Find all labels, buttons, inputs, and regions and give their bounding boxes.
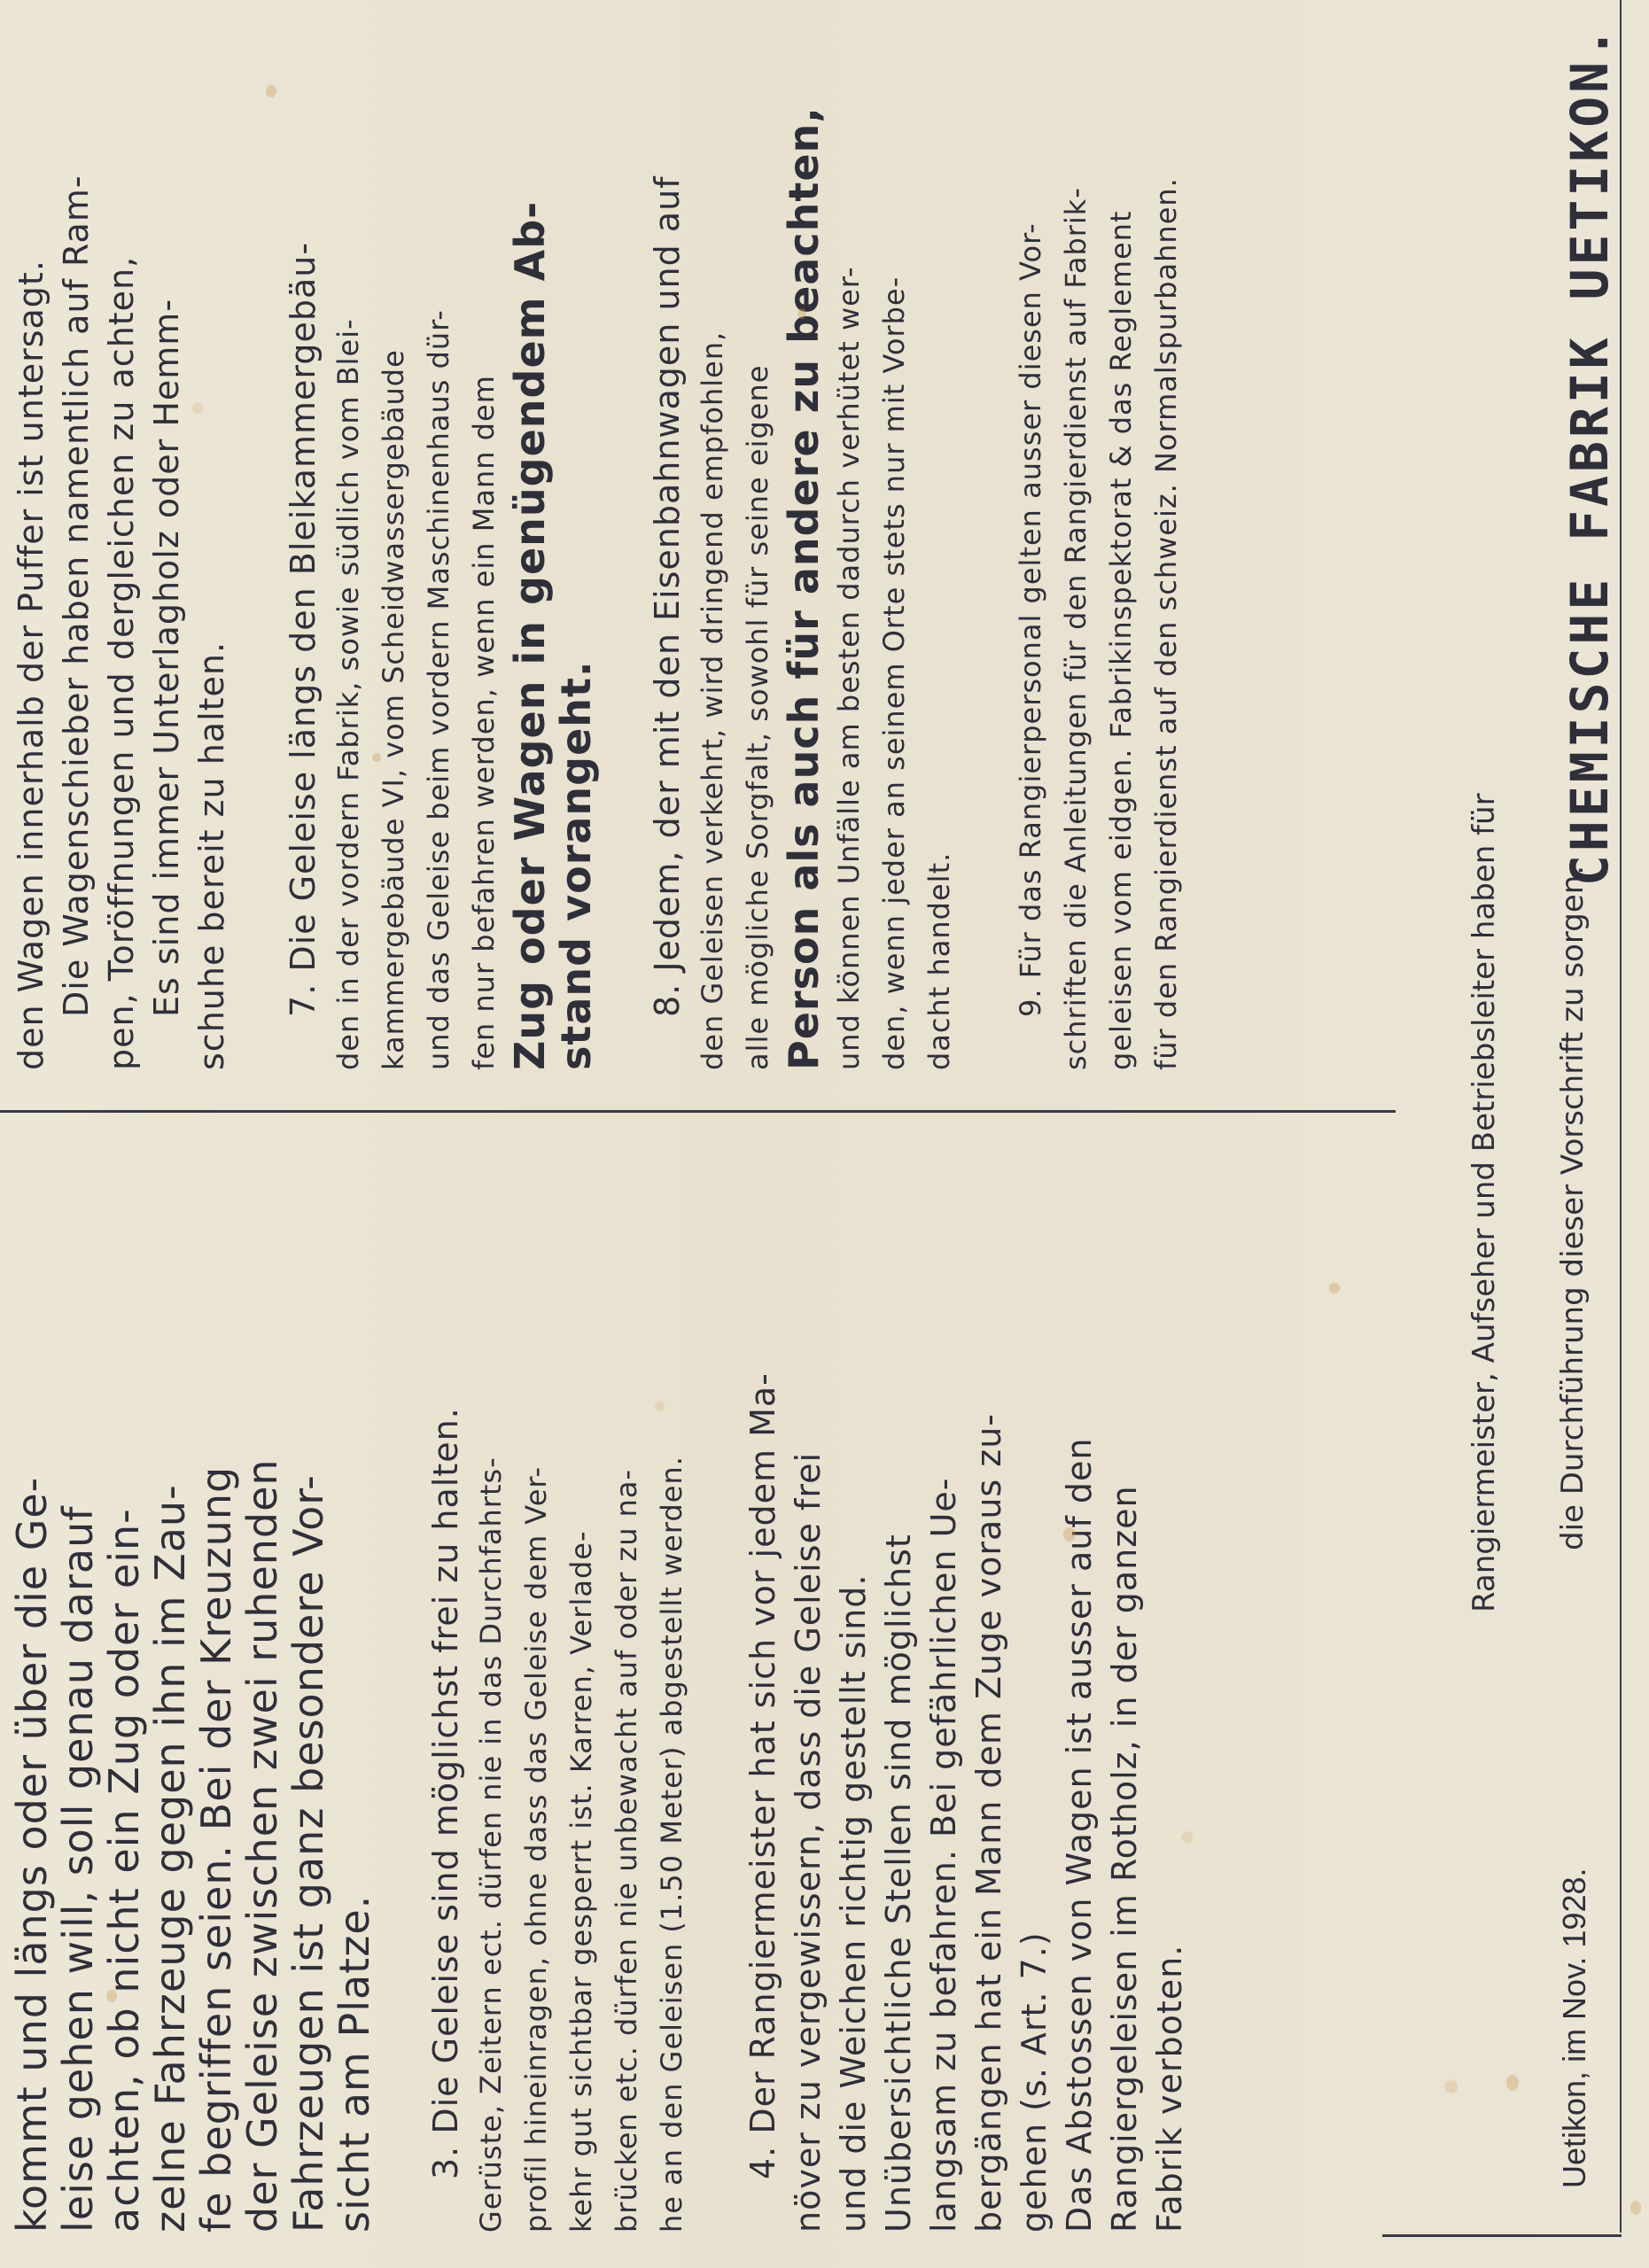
stain xyxy=(1506,2075,1519,2091)
text-line: alle mögliche Sorgfalt, sowohl für seine… xyxy=(735,27,781,1070)
text-line: bergängen hat ein Mann dem Zuge voraus z… xyxy=(967,1152,1012,2233)
text-line: leise gehen will, soll genau darauf xyxy=(55,1152,101,2233)
section-9: 9. Für das Rangierpersonal gelten ausser… xyxy=(1008,27,1189,1070)
text-line: 9. Für das Rangierpersonal gelten ausser… xyxy=(1008,27,1054,1070)
text-line: schuhe bereit zu halten. xyxy=(190,27,235,1070)
text-line: Rangiergeleisen im Rotholz, in der ganze… xyxy=(1102,1152,1147,2233)
text-line: dacht handelt. xyxy=(917,27,962,1070)
text-line: 4. Der Rangiermeister hat sich vor jedem… xyxy=(741,1152,786,2233)
text-line: den Geleisen verkehrt, wird dringend emp… xyxy=(690,27,735,1070)
text-line: Die Wagenschieber haben namentlich auf R… xyxy=(54,27,99,1070)
section-7: 7. Die Geleise längs den Bleikammergebäu… xyxy=(281,27,599,1070)
text-line: und die Weichen richtig gestellt sind. xyxy=(831,1152,876,2233)
text-line: brücken etc. dürfen nie unbewacht auf od… xyxy=(604,1152,649,2233)
stain xyxy=(1063,1527,1076,1542)
right-intro: den Wagen innerhalb der Puffer ist unter… xyxy=(9,27,235,1070)
text-line: und das Geleise beim vordern Maschinenha… xyxy=(416,27,462,1070)
text-line: Unübersichtliche Stellen sind möglichst xyxy=(876,1152,922,2233)
text-line: schriften die Anleitungen für den Rangie… xyxy=(1054,27,1099,1070)
stain xyxy=(266,85,276,97)
stain xyxy=(1329,1283,1340,1293)
text-line: die Durchführung dieser Vorschrift zu so… xyxy=(1551,793,1595,1612)
stain xyxy=(797,308,806,319)
scanned-page: kommt und längs oder über die Ge- leise … xyxy=(0,0,1649,2268)
text-line: kehr gut sichtbar gesperrt ist. Karren, … xyxy=(559,1152,604,2233)
text-line: növer zu vergewissern, dass die Geleise … xyxy=(786,1152,831,2233)
place-date: Uetikon, im Nov. 1928. xyxy=(1555,1868,1594,2189)
section-3: 3. Die Geleise sind möglichst frei zu ha… xyxy=(424,1152,695,2233)
text-line: 8. Jedem, der mit den Eisenbahnwagen und… xyxy=(645,27,690,1070)
text-line: langsam zu befahren. Bei gefährlichen Ue… xyxy=(922,1152,967,2233)
document-rotated: kommt und längs oder über die Ge- leise … xyxy=(0,0,1649,2268)
text-line: Person als auch für andere zu beachten, xyxy=(781,27,827,1070)
stain xyxy=(372,753,381,762)
text-line: profil hineinragen, ohne dass das Geleis… xyxy=(514,1152,559,2233)
text-line: Fahrzeugen ist ganz besondere Vor- xyxy=(285,1152,331,2233)
left-intro: kommt und längs oder über die Ge- leise … xyxy=(9,1152,377,2233)
text-line: gehen (s. Art. 7.) xyxy=(1012,1152,1057,2233)
text-line: zelne Fahrzeuge gegen ihn im Zau- xyxy=(147,1152,193,2233)
text-line: fe begriffen seien. Bei der Kreuzung xyxy=(193,1152,239,2233)
text-line: der Geleise zwischen zwei ruhenden xyxy=(239,1152,285,2233)
text-line: 7. Die Geleise längs den Bleikammergebäu… xyxy=(281,27,326,1070)
text-line: Fabrik verboten. xyxy=(1147,1152,1193,2233)
text-line: den, wenn jeder an seinem Orte stets nur… xyxy=(872,27,917,1070)
text-line: Es sind immer Unterlagholz oder Hemm- xyxy=(144,27,190,1070)
stain xyxy=(1630,2201,1641,2215)
right-column: den Wagen innerhalb der Puffer ist unter… xyxy=(0,0,1453,1106)
text-line: kammergebäude VI, vom Scheidwassergebäud… xyxy=(371,27,416,1070)
text-line: sicht am Platze. xyxy=(331,1152,377,2233)
text-line: he an den Geleisen (1.50 Meter) abgestel… xyxy=(649,1152,695,2233)
text-line: kommt und längs oder über die Ge- xyxy=(9,1152,55,2233)
text-line: achten, ob nicht ein Zug oder ein- xyxy=(101,1152,147,2233)
text-line: fen nur befahren werden, wenn ein Mann d… xyxy=(462,27,507,1070)
text-line: Zug oder Wagen in genügendem Ab- xyxy=(507,27,553,1070)
text-line: Das Abstossen von Wagen ist ausser auf d… xyxy=(1057,1152,1102,2233)
company-name: CHEMISCHE FABRIK UETIKON. xyxy=(1560,24,1620,886)
text-line: den Wagen innerhalb der Puffer ist unter… xyxy=(9,27,54,1070)
text-line: den in der vordern Fabrik, sowie südlich… xyxy=(326,27,371,1070)
column-divider xyxy=(0,1110,1396,1113)
stain xyxy=(106,1990,117,2002)
section-4: 4. Der Rangiermeister hat sich vor jedem… xyxy=(741,1152,1193,2233)
text-line: Rangiermeister, Aufseher und Betriebslei… xyxy=(1462,793,1506,1612)
text-line: für den Rangierdienst auf den schweiz. N… xyxy=(1144,27,1189,1070)
text-line: und können Unfälle am besten dadurch ver… xyxy=(827,27,872,1070)
section-8: 8. Jedem, der mit den Eisenbahnwagen und… xyxy=(645,27,962,1070)
text-line: geleisen vom eidgen. Fabrikinspektorat &… xyxy=(1099,27,1144,1070)
text-line: pen, Toröffnungen und dergleichen zu ach… xyxy=(99,27,144,1070)
text-line: stand vorangeht. xyxy=(553,27,599,1070)
text-line: 3. Die Geleise sind möglichst frei zu ha… xyxy=(424,1152,469,2233)
text-line: Gerüste, Zeitern ect. dürfen nie in das … xyxy=(469,1152,514,2233)
left-column: kommt und längs oder über die Ge- leise … xyxy=(0,1116,1453,2268)
